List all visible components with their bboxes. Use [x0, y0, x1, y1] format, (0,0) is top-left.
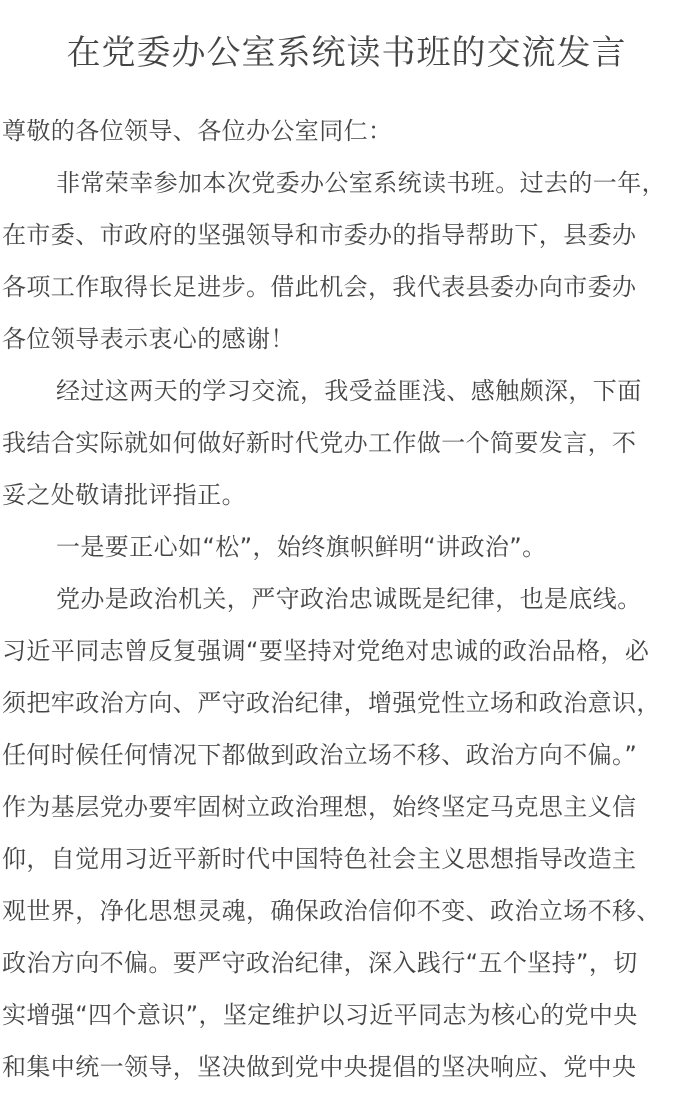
paragraph-line: 经过这两天的学习交流，我受益匪浅、感触颇深，下面	[56, 376, 642, 406]
paragraph-line: 政治方向不偏。要严守政治纪律，深入践行“五个坚持”，切	[2, 948, 638, 978]
paragraph-line: 非常荣幸参加本次党委办公室系统读书班。过去的一年，	[56, 168, 666, 198]
paragraph-line: 作为基层党办要牢固树立政治理想，始终坚定马克思主义信	[2, 792, 636, 822]
paragraph-line: 和集中统一领导，坚决做到党中央提倡的坚决响应、党中央	[2, 1052, 636, 1082]
section-heading: 一是要正心如“松”，始终旗帜鲜明“讲政治”。	[56, 532, 547, 562]
paragraph-line: 各项工作取得长足进步。借此机会，我代表县委办向市委办	[2, 272, 636, 302]
paragraph-line: 党办是政治机关，严守政治忠诚既是纪律，也是底线。	[56, 584, 642, 614]
paragraph-line: 各位领导表示衷心的感谢！	[2, 324, 295, 354]
paragraph-line: 妥之处敬请批评指正。	[2, 480, 246, 510]
paragraph-line: 观世界，净化思想灵魂，确保政治信仰不变、政治立场不移、	[2, 896, 661, 926]
paragraph-line: 习近平同志曾反复强调“要坚持对党绝对忠诚的政治品格，必	[2, 636, 649, 666]
paragraph-line: 须把牢政治方向、严守政治纪律，增强党性立场和政治意识，	[2, 688, 661, 718]
paragraph-line: 仰，自觉用习近平新时代中国特色社会主义思想指导改造主	[2, 844, 636, 874]
paragraph-line: 实增强“四个意识”，坚定维护以习近平同志为核心的党中央	[2, 1000, 638, 1030]
document-title: 在党委办公室系统读书班的交流发言	[0, 30, 693, 76]
paragraph-line: 我结合实际就如何做好新时代党办工作做一个简要发言，不	[2, 428, 636, 458]
salutation-line: 尊敬的各位领导、各位办公室同仁：	[2, 116, 392, 146]
paragraph-line: 任何时候任何情况下都做到政治立场不移、政治方向不偏。”	[2, 740, 637, 770]
paragraph-line: 在市委、市政府的坚强领导和市委办的指导帮助下，县委办	[2, 220, 636, 250]
